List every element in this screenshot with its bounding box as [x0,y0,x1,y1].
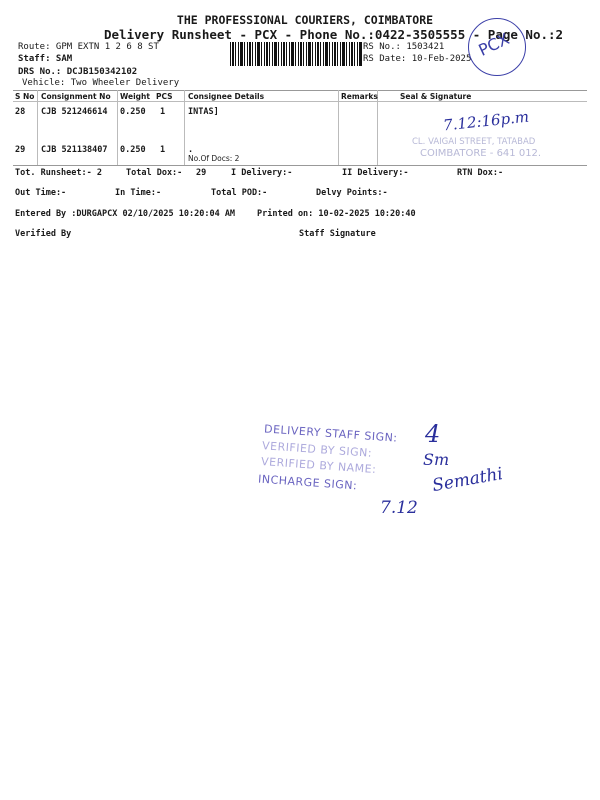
row-pcs: 1 [160,107,165,117]
col-divider [377,90,378,165]
col-header-remarks: Remarks [341,92,378,101]
row-consignment: CJB 521246614 [41,107,108,117]
table-top-border [13,90,587,91]
row-weight: 0.250 [120,145,146,155]
verified-by: Verified By [15,229,71,239]
barcode [230,42,362,66]
in-time: In Time:- [115,188,161,198]
row-consignment: CJB 521138407 [41,145,108,155]
row-sno: 28 [15,107,25,117]
row-sno: 29 [15,145,25,155]
stamp-incharge-sign: INCHARGE SIGN: [258,473,358,493]
col-header-weight: Weight [120,92,150,101]
col-divider [117,90,118,165]
row-weight: 0.250 [120,107,146,117]
seal-stamp-line2: COIMBATORE - 641 012. [420,148,541,159]
col-header-consignment: Consignment No [41,92,111,101]
rs-number: RS No.: 1503421 [363,42,444,52]
printed-on: Printed on: 10-02-2025 10:20:40 [257,209,416,219]
rs-date: RS Date: 10-Feb-2025 [363,54,471,64]
seal-handwriting: 7.12:16p.m [442,108,530,135]
out-time: Out Time:- [15,188,66,198]
tot-runsheet: Tot. Runsheet:- 2 [15,168,102,178]
col-header-pcs: PCS [156,92,173,101]
delvy-points: Delvy Points:- [316,188,388,198]
verified-initials: Sm [423,450,449,469]
col-header-seal: Seal & Signature [400,92,471,101]
total-dox-value: 29 [196,168,206,178]
rtn-dox: RTN Dox:- [457,168,503,178]
ii-delivery: II Delivery:- [342,168,409,178]
route: Route: GPM EXTN 1 2 6 8 ST [18,42,159,52]
col-divider [184,90,185,165]
table-bottom-border [13,165,587,166]
vehicle: Vehicle: Two Wheeler Delivery [22,78,179,88]
col-header-consignee: Consignee Details [188,92,264,101]
row-consignee: INTAS] [188,107,219,117]
total-dox-label: Total Dox:- [126,168,182,178]
col-divider [338,90,339,165]
staff: Staff: SAM [18,54,72,64]
row-docs-count: No.Of Docs: 2 [188,154,239,163]
total-pod: Total POD:- [211,188,267,198]
col-header-sno: S No [15,92,34,101]
incharge-signature: 7.12 [380,498,418,518]
col-divider [37,90,38,165]
i-delivery: I Delivery:- [231,168,292,178]
row-pcs: 1 [160,145,165,155]
entered-by: Entered By :DURGAPCX 02/10/2025 10:20:04… [15,209,235,219]
table-header-border [13,101,587,102]
seal-stamp-line1: CL. VAIGAI STREET, TATABAD [412,137,535,147]
staff-signature: Staff Signature [299,229,376,239]
delivery-staff-signature: 4 [425,420,440,448]
drs-number: DRS No.: DCJB150342102 [18,67,137,77]
